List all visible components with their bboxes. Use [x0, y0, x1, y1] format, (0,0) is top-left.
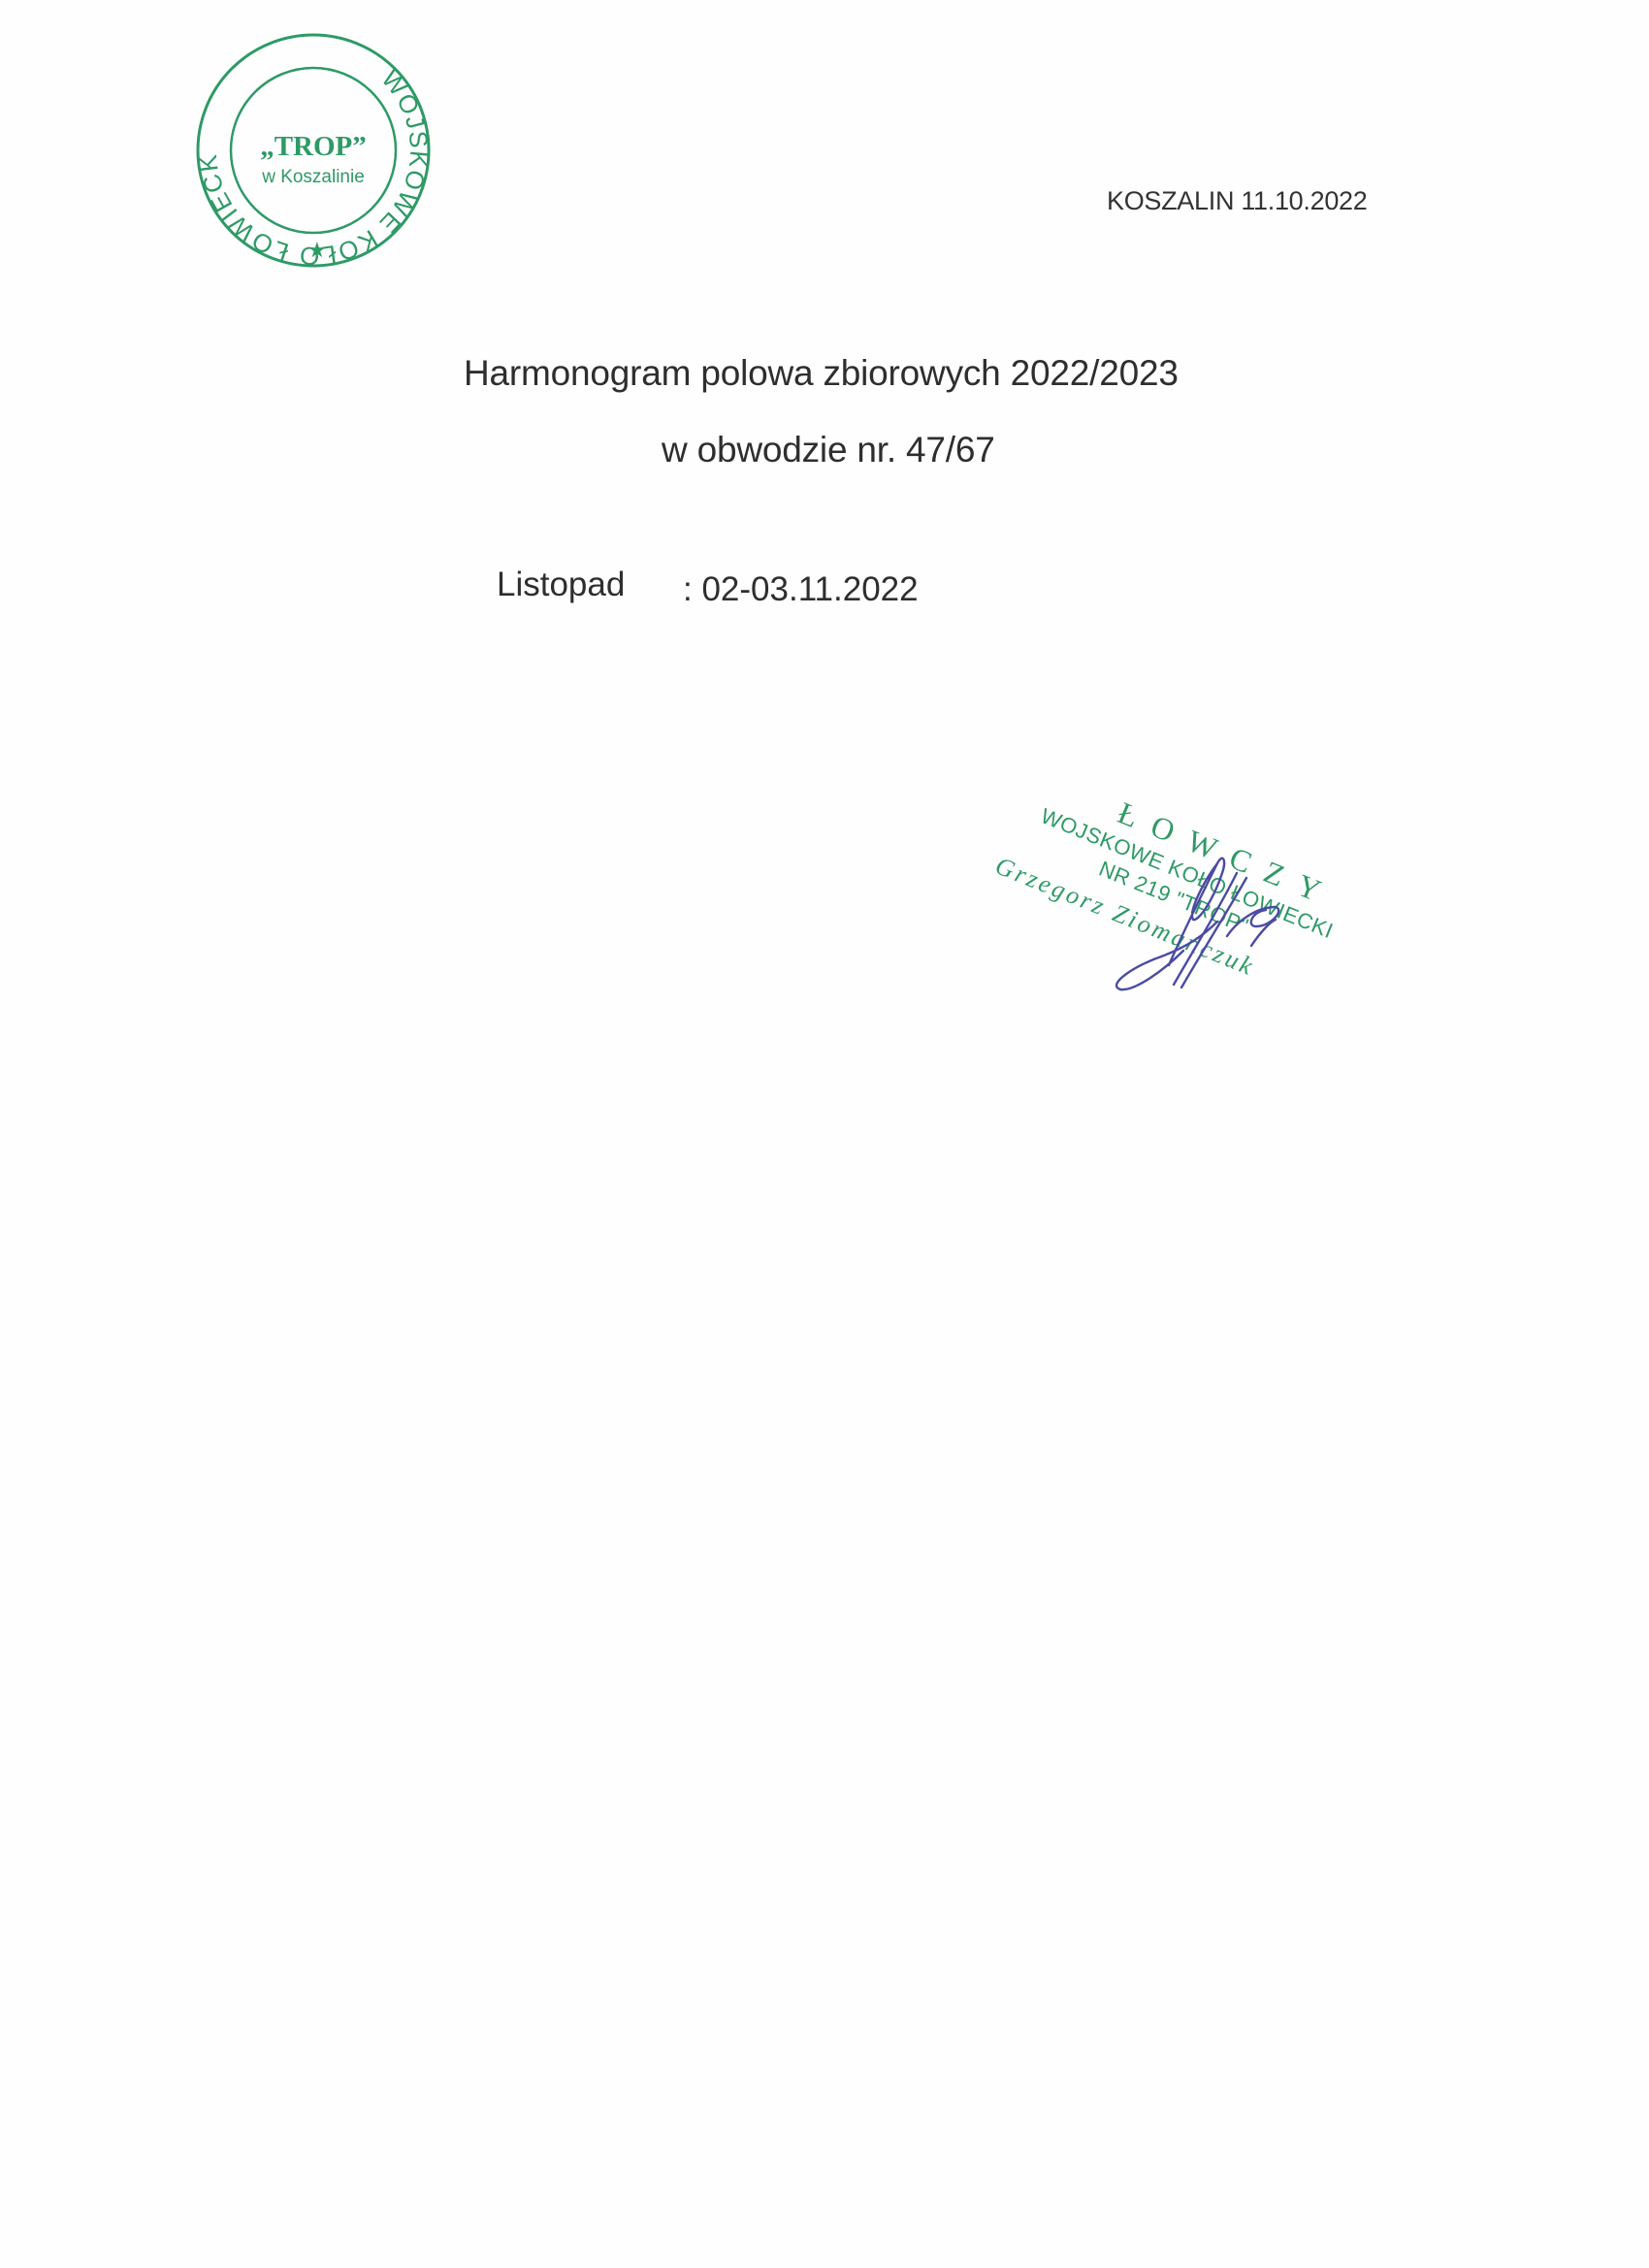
schedule-dates: : 02-03.11.2022	[683, 570, 919, 609]
schedule-month: Listopad	[497, 566, 625, 604]
stamp-center-city: w Koszalinie	[261, 167, 365, 187]
star-icon: ★	[307, 239, 327, 263]
document-title: Harmonogram polowa zbiorowych 2022/2023	[464, 353, 1179, 394]
signature-stamp-graphic: ŁOWCZY WOJSKOWE KOŁO ŁOWIECKI NR 219 "TR…	[1028, 766, 1416, 1019]
document-subtitle: w obwodzie nr. 47/67	[662, 430, 995, 470]
stamp-center-name: „TROP”	[260, 131, 367, 162]
stamp-graphic: WOJSKOWE KOŁO ŁOWIECKIE Nr 219 ★ „TROP” …	[192, 29, 435, 272]
place-and-date: KOSZALIN 11.10.2022	[1107, 186, 1367, 216]
signature-stamp: ŁOWCZY WOJSKOWE KOŁO ŁOWIECKI NR 219 "TR…	[1028, 766, 1416, 1019]
document-page: WOJSKOWE KOŁO ŁOWIECKIE Nr 219 ★ „TROP” …	[0, 0, 1649, 2268]
round-club-stamp: WOJSKOWE KOŁO ŁOWIECKIE Nr 219 ★ „TROP” …	[192, 29, 435, 272]
